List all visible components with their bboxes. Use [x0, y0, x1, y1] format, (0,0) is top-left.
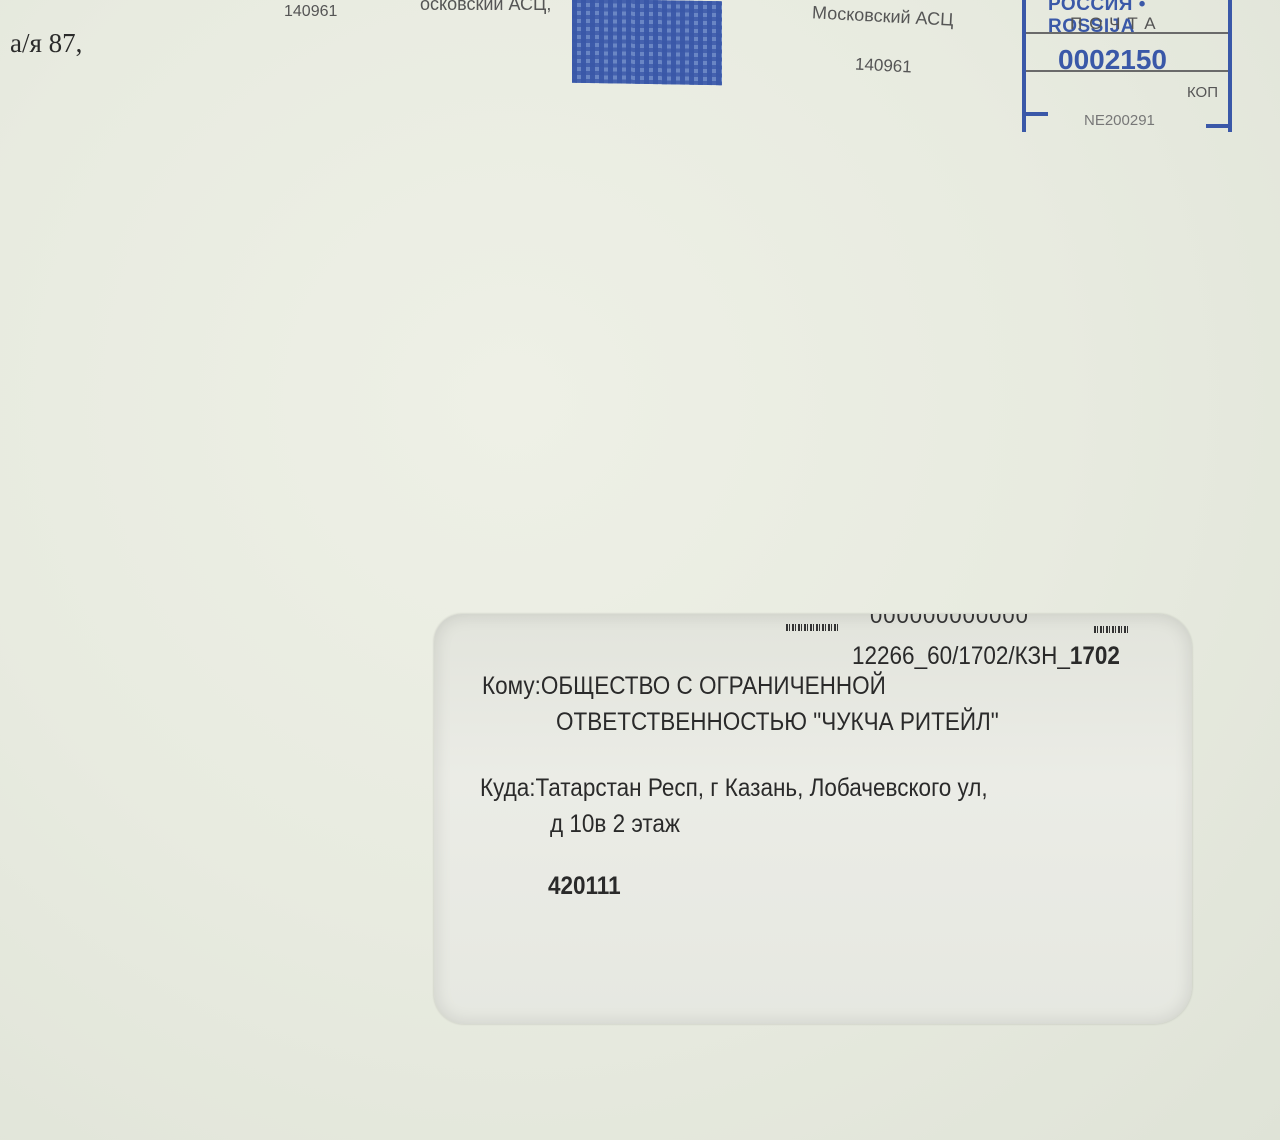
divider: [1026, 32, 1228, 34]
reference-code-main: 12266_60/1702/КЗН_: [852, 642, 1070, 670]
address-line1: Татарстан Респ, г Казань, Лобачевского у…: [536, 774, 988, 802]
franking-serial: NE200291: [1084, 112, 1155, 129]
address: Куда:Татарстан Респ, г Казань, Лобачевск…: [480, 774, 988, 803]
franking-mark: РОССИЯ • ROSSIJA ПОЧТА 0002150 КОП NE200…: [1022, 0, 1232, 132]
franking-unit: КОП: [1187, 84, 1218, 101]
postmark-index-left: 140961: [284, 3, 337, 21]
where-label: Куда:: [480, 774, 536, 802]
barcode: [1094, 626, 1130, 633]
recipient: Кому:ОБЩЕСТВО С ОГРАНИЧЕННОЙ: [482, 672, 886, 701]
postmark-index-right: 140961: [855, 55, 913, 78]
frame-corner: [1206, 124, 1232, 128]
to-label: Кому:: [482, 672, 541, 700]
reference-code: 12266_60/1702/КЗН_1702: [852, 642, 1120, 671]
postmark-office: Московский АСЦ: [812, 2, 954, 30]
address-line2: д 10в 2 этаж: [550, 810, 680, 839]
barcode: [786, 624, 838, 631]
sender-po-box: а/я 87,: [10, 28, 82, 59]
recipient-line2: ОТВЕТСТВЕННОСТЬЮ "ЧУКЧА РИТЕЙЛ": [556, 708, 999, 737]
reference-code-bold: 1702: [1070, 642, 1120, 670]
franking-service: ПОЧТА: [1070, 14, 1163, 34]
frame-corner: [1022, 112, 1048, 116]
recipient-line1: ОБЩЕСТВО С ОГРАНИЧЕННОЙ: [541, 672, 886, 700]
barcode-digits: 000000000000: [870, 614, 1029, 626]
address-window: 000000000000 12266_60/1702/КЗН_1702 Кому…: [434, 614, 1192, 1024]
postal-code: 420111: [548, 872, 621, 901]
datamatrix-code: [572, 0, 722, 85]
divider: [1026, 70, 1228, 72]
postmark-office-partial: осковский АСЦ,: [420, 0, 551, 15]
